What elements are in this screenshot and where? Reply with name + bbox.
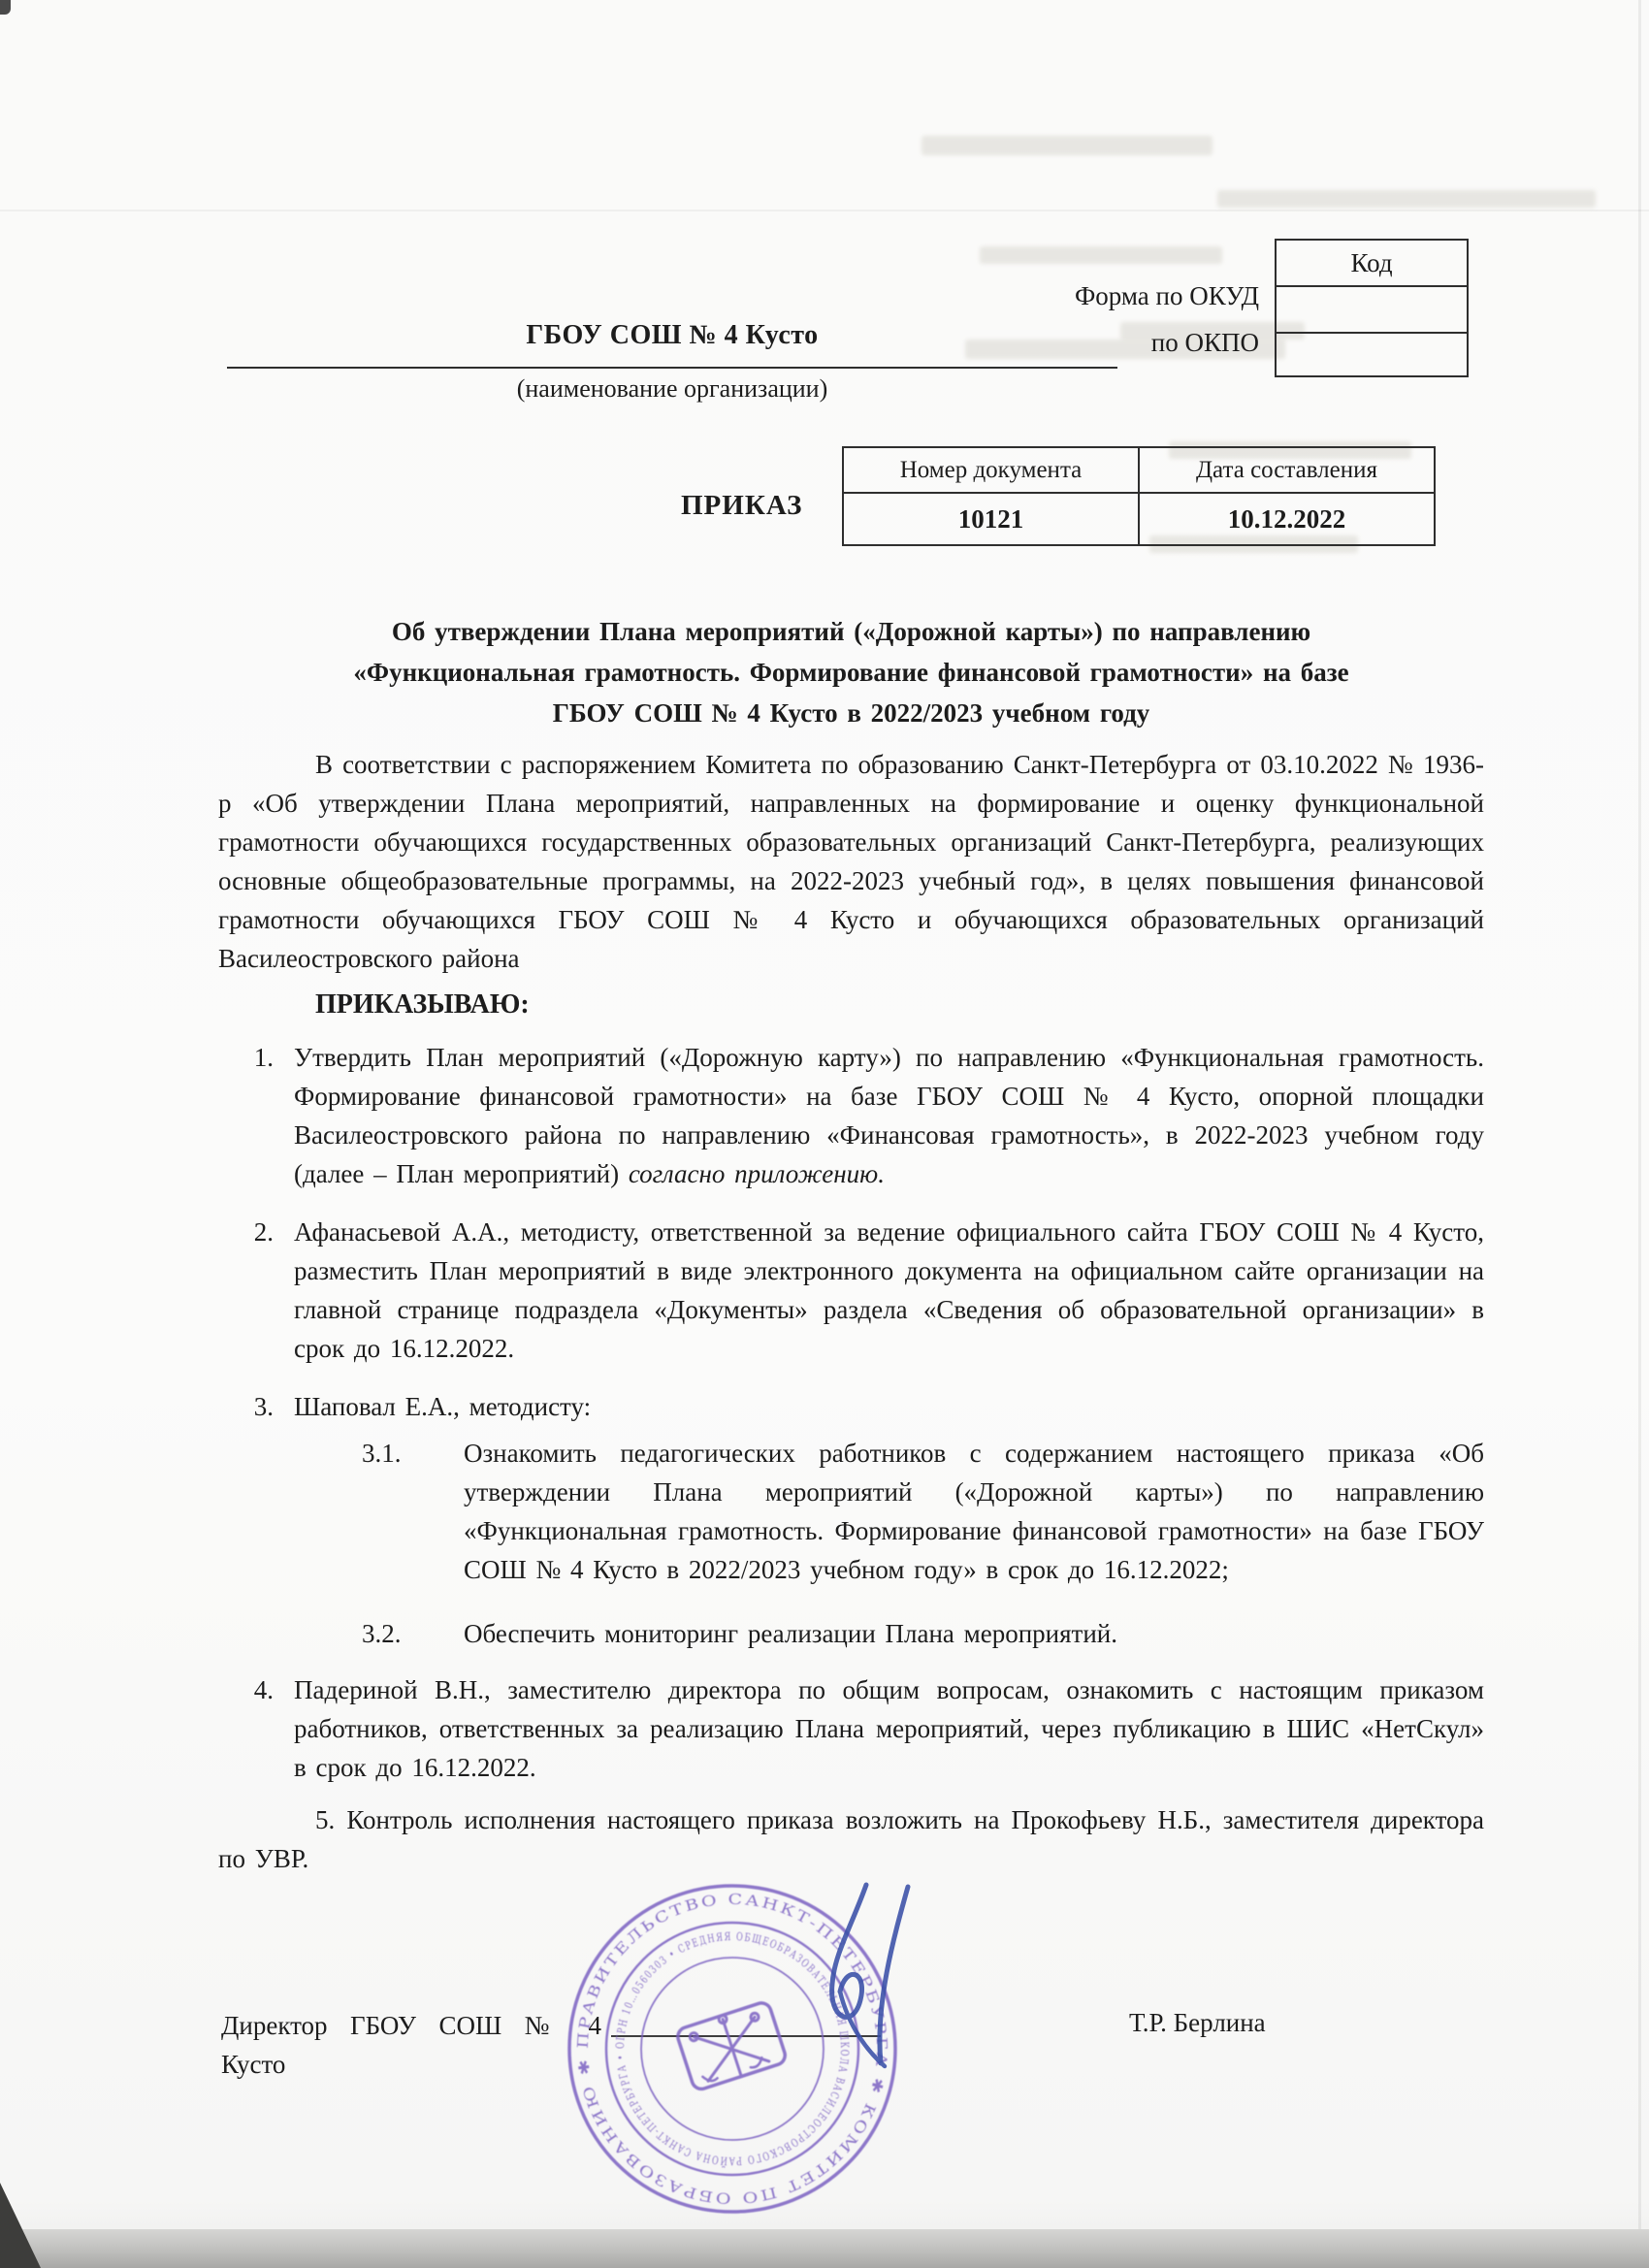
order-item-2: 2. Афанасьевой А.А., методисту, ответств… bbox=[218, 1213, 1484, 1368]
scanned-order-document-page: Код Форма по ОКУД по ОКПО ГБОУ СОШ № 4 К… bbox=[0, 0, 1649, 2268]
item-text: Утвердить План мероприятий («Дорожную ка… bbox=[294, 1038, 1484, 1193]
signatory-position-line-2: Кусто bbox=[221, 2045, 601, 2084]
signatory-position-line-1: Директор ГБОУ СОШ № 4 bbox=[221, 2006, 601, 2045]
item-number: 1. bbox=[218, 1038, 274, 1193]
code-box-header: Код bbox=[1277, 241, 1467, 287]
item-number: 2. bbox=[218, 1213, 274, 1368]
code-box: Код bbox=[1275, 239, 1469, 377]
doc-number-header-cell: Номер документа bbox=[843, 447, 1139, 493]
item-text-italic: согласно приложению. bbox=[629, 1159, 885, 1188]
title-line-3: ГБОУ СОШ № 4 Кусто в 2022/2023 учебном г… bbox=[218, 693, 1484, 733]
doc-date-value-cell: 10.12.2022 bbox=[1139, 493, 1435, 545]
title-line-2: «Функциональная грамотность. Формировани… bbox=[218, 652, 1484, 693]
document-body: Об утверждении Плана мероприятий («Дорож… bbox=[218, 611, 1484, 1878]
bleed-through-line bbox=[921, 136, 1212, 155]
document-title: Об утверждении Плана мероприятий («Дорож… bbox=[218, 611, 1484, 733]
item-text: Афанасьевой А.А., методисту, ответственн… bbox=[294, 1213, 1484, 1368]
item-number: 4. bbox=[218, 1670, 274, 1787]
scan-corner-mark-bottom-left bbox=[0, 2183, 41, 2268]
paper-crease-line bbox=[0, 210, 1649, 211]
intro-paragraph: В соответствии с распоряжением Комитета … bbox=[218, 745, 1484, 978]
code-box-okpo-cell bbox=[1277, 334, 1467, 377]
order-item-3-1: 3.1. Ознакомить педагогических работнико… bbox=[218, 1434, 1484, 1589]
item-text: Обеспечить мониторинг реализации Плана м… bbox=[464, 1614, 1484, 1653]
table-value-row: 10121 10.12.2022 bbox=[843, 493, 1435, 545]
okud-form-label: Форма по ОКУД bbox=[805, 281, 1259, 311]
item-number: 3.2. bbox=[362, 1614, 422, 1653]
signature-ink-strokes bbox=[832, 1885, 908, 2066]
item-text: Шаповал Е.А., методисту: bbox=[294, 1387, 1484, 1426]
code-box-okud-cell bbox=[1277, 287, 1467, 334]
item-number: 3.1. bbox=[362, 1434, 422, 1589]
bleed-through-line bbox=[1217, 190, 1596, 208]
organization-name-caption: (наименование организации) bbox=[227, 374, 1117, 404]
table-header-row: Номер документа Дата составления bbox=[843, 447, 1435, 493]
title-line-1: Об утверждении Плана мероприятий («Дорож… bbox=[218, 611, 1484, 652]
item-text-regular: Утвердить План мероприятий («Дорожную ка… bbox=[294, 1043, 1484, 1188]
order-item-3-2: 3.2. Обеспечить мониторинг реализации Пл… bbox=[218, 1614, 1484, 1653]
scan-edge-bottom-band bbox=[0, 2229, 1649, 2268]
doc-number-value-cell: 10121 bbox=[843, 493, 1139, 545]
scan-corner-mark-top-left bbox=[0, 0, 11, 15]
order-item-4: 4. Падериной В.Н., заместителю директора… bbox=[218, 1670, 1484, 1787]
doc-date-header-cell: Дата составления bbox=[1139, 447, 1435, 493]
order-word-label: ПРИКАЗ bbox=[681, 490, 802, 522]
signatory-position: Директор ГБОУ СОШ № 4 Кусто bbox=[221, 2006, 601, 2084]
document-number-table: Номер документа Дата составления 10121 1… bbox=[842, 446, 1436, 546]
order-item-1: 1. Утвердить План мероприятий («Дорожную… bbox=[218, 1038, 1484, 1193]
handwritten-signature bbox=[766, 1858, 1018, 2086]
item-text: Ознакомить педагогических работников с с… bbox=[464, 1434, 1484, 1589]
organization-name: ГБОУ СОШ № 4 Кусто bbox=[227, 320, 1117, 369]
bleed-through-line bbox=[980, 246, 1222, 264]
item-number: 3. bbox=[218, 1387, 274, 1426]
resolve-label: ПРИКАЗЫВАЮ: bbox=[315, 986, 1484, 1024]
signatory-name: Т.Р. Берлина bbox=[1129, 2008, 1266, 2038]
order-item-3: 3. Шаповал Е.А., методисту: bbox=[218, 1387, 1484, 1426]
item-text: Падериной В.Н., заместителю директора по… bbox=[294, 1670, 1484, 1787]
scan-edge-right bbox=[1638, 0, 1641, 2268]
